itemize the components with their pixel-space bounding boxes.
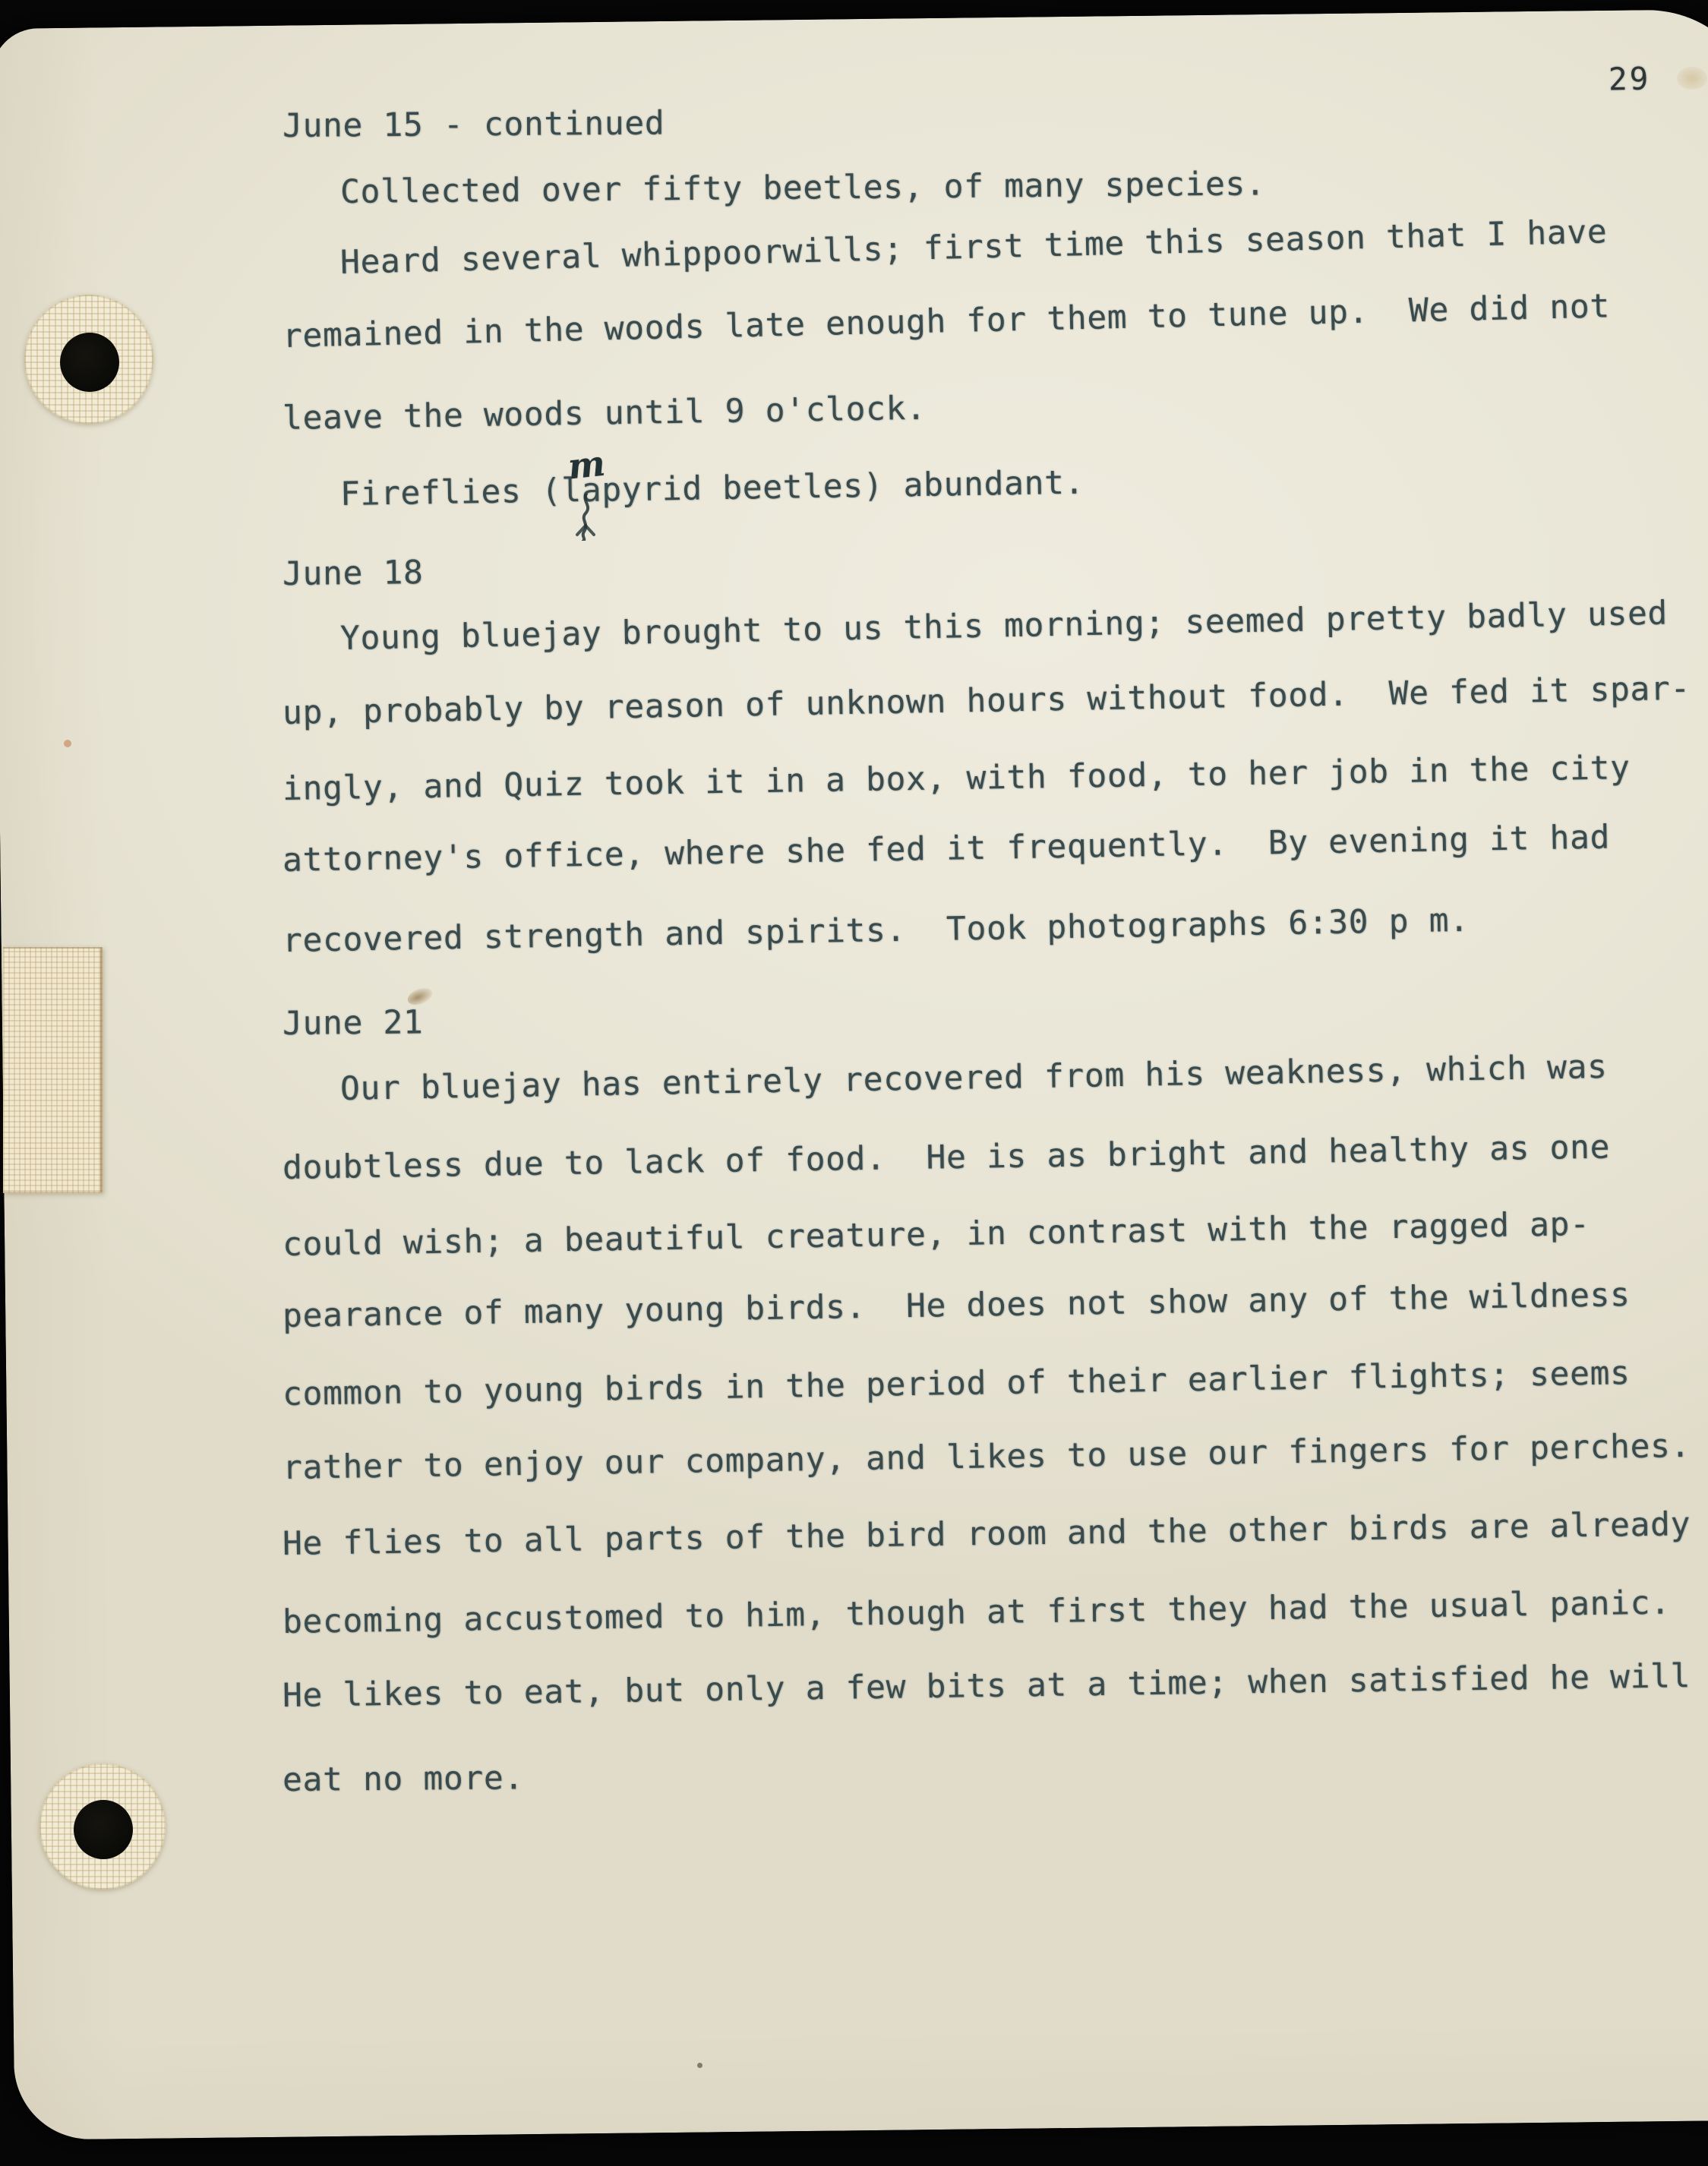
insertion-squiggle-icon	[574, 494, 600, 541]
document-scan: 29 June 15 - continued Collected over fi…	[0, 0, 1708, 2166]
handwritten-correction: m	[568, 450, 605, 480]
date-heading: June 18	[283, 554, 424, 593]
paper-stain	[1677, 67, 1707, 90]
cloth-tape	[3, 947, 103, 1193]
typed-line: Collected over fifty beetles, of many sp…	[340, 165, 1266, 211]
binder-hole-reinforcement-bottom	[39, 1763, 166, 1890]
typed-line: eat no more.	[283, 1759, 524, 1799]
binder-hole-reinforcement-top	[24, 295, 153, 424]
correction-letter-m: m	[567, 448, 607, 482]
date-heading: June 21	[283, 1003, 424, 1043]
punch-hole-top	[60, 333, 119, 392]
dark-speck	[697, 2063, 702, 2068]
page-number: 29	[1609, 61, 1651, 98]
date-heading: June 15 - continued	[283, 104, 665, 145]
orange-speck	[64, 740, 71, 747]
punch-hole-bottom	[74, 1800, 133, 1859]
